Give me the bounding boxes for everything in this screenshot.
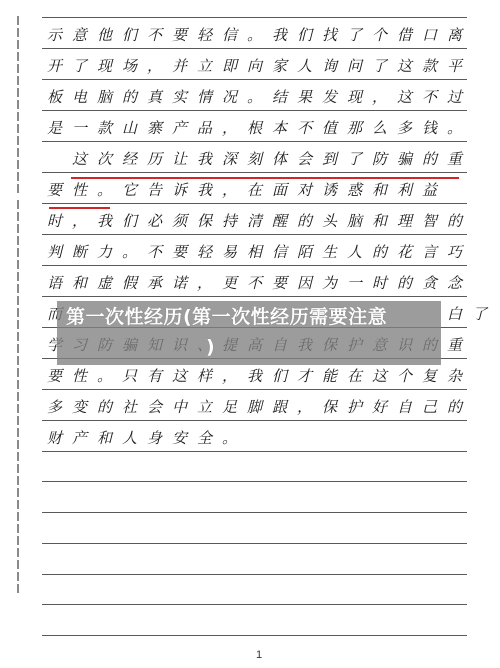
- ruled-line: [42, 172, 467, 173]
- handwritten-char: 自: [392, 395, 417, 419]
- handwritten-char: 场: [117, 54, 142, 78]
- handwritten-char: 我: [242, 364, 267, 388]
- handwritten-char: 让: [167, 147, 192, 171]
- handwritten-char: 这: [392, 85, 417, 109]
- red-underline-highlight: [71, 177, 459, 179]
- handwritten-char: 的: [442, 395, 467, 419]
- handwritten-char: 诉: [167, 178, 192, 202]
- ruled-line: [42, 512, 467, 513]
- handwritten-char: 示: [42, 23, 67, 47]
- handwritten-char: 即: [217, 54, 242, 78]
- handwritten-char: 立: [192, 395, 217, 419]
- handwritten-char: 只: [117, 364, 142, 388]
- handwritten-char: 全: [192, 426, 217, 450]
- ruled-line: [42, 420, 467, 421]
- handwritten-char: 平: [442, 54, 467, 78]
- handwritten-char: 板: [42, 85, 67, 109]
- handwritten-char: 要: [167, 23, 192, 47]
- handwritten-char: 力: [92, 240, 117, 264]
- handwritten-char: 承: [142, 271, 167, 295]
- handwritten-char: 轻: [192, 23, 217, 47]
- handwritten-char: ，: [292, 395, 317, 419]
- handwritten-char: 轻: [192, 240, 217, 264]
- handwritten-char: 我: [92, 209, 117, 233]
- handwritten-char: 个: [392, 364, 417, 388]
- handwritten-char: 杂: [442, 364, 467, 388]
- handwritten-char: 们: [267, 364, 292, 388]
- handwritten-char: 性: [67, 364, 92, 388]
- handwritten-char: 们: [117, 209, 142, 233]
- ruled-line: [42, 296, 467, 297]
- handwritten-char: 判: [42, 240, 67, 264]
- handwritten-char: 一: [342, 271, 367, 295]
- handwritten-char: 的: [292, 209, 317, 233]
- handwritten-char: 中: [167, 395, 192, 419]
- handwritten-char: 的: [117, 85, 142, 109]
- handwritten-char: 须: [167, 209, 192, 233]
- handwritten-char: 果: [292, 85, 317, 109]
- ruled-line: [42, 234, 467, 235]
- ruled-line: [42, 574, 467, 575]
- handwritten-char: 足: [217, 395, 242, 419]
- ruled-line: [42, 451, 467, 452]
- handwritten-char: 和: [367, 178, 392, 202]
- essay-line: 多变的社会中立足脚跟，保护好自己的: [42, 395, 467, 419]
- essay-line: 财产和人身安全。: [42, 426, 467, 450]
- handwritten-char: ，: [142, 54, 167, 78]
- handwritten-char: 利: [392, 178, 417, 202]
- handwritten-char: 假: [117, 271, 142, 295]
- handwritten-char: 复: [417, 364, 442, 388]
- handwritten-char: 立: [192, 54, 217, 78]
- handwritten-char: 人: [342, 240, 367, 264]
- handwritten-char: 离: [442, 23, 467, 47]
- handwritten-char: 脑: [92, 85, 117, 109]
- essay-line: 要性。它告诉我，在面对诱惑和利益: [42, 178, 467, 202]
- handwritten-char: 不: [292, 116, 317, 140]
- handwritten-char: ，: [67, 209, 92, 233]
- handwritten-char: 产: [167, 116, 192, 140]
- handwritten-char: 才: [292, 364, 317, 388]
- handwritten-char: ，: [217, 178, 242, 202]
- handwritten-char: 并: [167, 54, 192, 78]
- handwritten-char: 会: [142, 395, 167, 419]
- essay-line: 语和虚假承诺，更不要因为一时的贪念: [42, 271, 467, 295]
- handwritten-char: 虚: [92, 271, 117, 295]
- binding-margin-dashes: [17, 16, 19, 194]
- essay-line: 判断力。不要轻易相信陌生人的花言巧: [42, 240, 467, 264]
- handwritten-char: 和: [367, 209, 392, 233]
- handwritten-char: 品: [192, 116, 217, 140]
- handwritten-char: 了: [367, 54, 392, 78]
- handwritten-char: ，: [192, 271, 217, 295]
- handwritten-char: 我: [192, 178, 217, 202]
- ruled-line: [42, 635, 467, 636]
- handwritten-char: 开: [42, 54, 67, 78]
- handwritten-char: 过: [442, 85, 467, 109]
- ruled-line: [42, 110, 467, 111]
- handwritten-char: 不: [142, 23, 167, 47]
- handwritten-char: 那: [342, 116, 367, 140]
- handwritten-char: 是: [42, 116, 67, 140]
- article-title-line2: ): [66, 332, 436, 362]
- handwritten-char: 己: [417, 395, 442, 419]
- handwritten-char: 的: [92, 395, 117, 419]
- handwritten-char: 面: [267, 178, 292, 202]
- handwritten-char: 和: [67, 271, 92, 295]
- handwritten-char: 要: [42, 364, 67, 388]
- handwritten-char: 更: [217, 271, 242, 295]
- handwritten-char: 诱: [317, 178, 342, 202]
- handwritten-char: 这: [67, 147, 92, 171]
- handwritten-char: 花: [392, 240, 417, 264]
- handwritten-char: 我: [267, 23, 292, 47]
- handwritten-char: 要: [42, 178, 67, 202]
- handwritten-char: 个: [367, 23, 392, 47]
- ruled-line: [42, 265, 467, 266]
- ruled-line: [42, 48, 467, 49]
- handwritten-char: 时: [42, 209, 67, 233]
- handwritten-char: 深: [217, 147, 242, 171]
- page-number: 1: [0, 649, 500, 661]
- handwritten-char: 。: [217, 426, 242, 450]
- handwritten-char: 智: [417, 209, 442, 233]
- handwritten-char: 语: [42, 271, 67, 295]
- handwritten-char: 况: [217, 85, 242, 109]
- handwritten-char: 了: [342, 23, 367, 47]
- handwritten-char: 益: [417, 178, 442, 202]
- handwritten-char: 断: [67, 240, 92, 264]
- ruled-line: [42, 17, 467, 18]
- handwritten-char: 寨: [142, 116, 167, 140]
- handwritten-char: 本: [267, 116, 292, 140]
- handwritten-char: 身: [142, 426, 167, 450]
- handwritten-char: 借: [392, 23, 417, 47]
- handwritten-char: 现: [342, 85, 367, 109]
- handwritten-char: 性: [67, 178, 92, 202]
- handwritten-char: 钱: [417, 116, 442, 140]
- handwritten-char: 了: [67, 54, 92, 78]
- handwritten-char: 这: [392, 54, 417, 78]
- indent-space: [42, 147, 67, 171]
- handwritten-char: 的: [392, 271, 417, 295]
- handwritten-char: 现: [92, 54, 117, 78]
- handwritten-char: 陌: [292, 240, 317, 264]
- handwritten-char: 持: [217, 209, 242, 233]
- handwritten-char: 情: [192, 85, 217, 109]
- handwritten-char: 重: [442, 333, 467, 357]
- handwritten-char: 人: [292, 54, 317, 78]
- handwritten-char: 。: [242, 85, 267, 109]
- handwritten-char: 他: [92, 23, 117, 47]
- handwritten-char: 询: [317, 54, 342, 78]
- handwritten-char: 了: [467, 302, 492, 326]
- handwritten-char: 产: [67, 426, 92, 450]
- handwritten-char: 对: [292, 178, 317, 202]
- handwritten-char: 。: [92, 178, 117, 202]
- handwritten-char: 发: [317, 85, 342, 109]
- handwritten-char: 保: [317, 395, 342, 419]
- handwritten-char: 变: [67, 395, 92, 419]
- handwritten-char: 贪: [417, 271, 442, 295]
- handwritten-char: 经: [117, 147, 142, 171]
- handwritten-char: 清: [242, 209, 267, 233]
- handwritten-char: 结: [267, 85, 292, 109]
- handwritten-char: 值: [317, 116, 342, 140]
- handwritten-char: 财: [42, 426, 67, 450]
- handwritten-char: 和: [92, 426, 117, 450]
- ruled-line: [42, 481, 467, 482]
- handwritten-char: 样: [192, 364, 217, 388]
- handwritten-char: 有: [142, 364, 167, 388]
- red-underline-highlight: [49, 207, 110, 209]
- handwritten-char: 它: [117, 178, 142, 202]
- handwritten-char: 念: [442, 271, 467, 295]
- handwritten-char: 相: [242, 240, 267, 264]
- handwritten-char: 骗: [392, 147, 417, 171]
- handwritten-char: 护: [342, 395, 367, 419]
- handwritten-char: 款: [92, 116, 117, 140]
- handwritten-char: 安: [167, 426, 192, 450]
- essay-line: 板电脑的真实情况。结果发现，这不过: [42, 85, 467, 109]
- handwritten-char: 山: [117, 116, 142, 140]
- handwritten-char: 体: [267, 147, 292, 171]
- handwritten-char: 必: [142, 209, 167, 233]
- handwritten-char: 醒: [267, 209, 292, 233]
- handwritten-char: 问: [342, 54, 367, 78]
- article-title-line1: 第一次性经历(第一次性经历需要注意: [66, 306, 387, 328]
- handwritten-char: 防: [367, 147, 392, 171]
- handwritten-char: 理: [392, 209, 417, 233]
- handwritten-char: 这: [167, 364, 192, 388]
- essay-page: 示意他们不要轻信。我们找了个借口离 开了现场，并立即向家人询问了这款平 板电脑的…: [0, 0, 500, 668]
- handwritten-char: 因: [292, 271, 317, 295]
- handwritten-char: 头: [317, 209, 342, 233]
- handwritten-char: 实: [167, 85, 192, 109]
- handwritten-char: 次: [92, 147, 117, 171]
- handwritten-char: 巧: [442, 240, 467, 264]
- ruled-line: [42, 79, 467, 80]
- handwritten-char: 。: [242, 23, 267, 47]
- handwritten-char: 易: [217, 240, 242, 264]
- handwritten-char: 不: [142, 240, 167, 264]
- handwritten-char: 真: [142, 85, 167, 109]
- handwritten-char: 时: [367, 271, 392, 295]
- essay-line: 示意他们不要轻信。我们找了个借口离: [42, 23, 467, 47]
- handwritten-char: 告: [142, 178, 167, 202]
- handwritten-char: 人: [117, 426, 142, 450]
- handwritten-char: 家: [267, 54, 292, 78]
- ruled-line: [42, 203, 467, 204]
- handwritten-char: 款: [417, 54, 442, 78]
- handwritten-char: 保: [192, 209, 217, 233]
- handwritten-char: 根: [242, 116, 267, 140]
- essay-line: 时，我们必须保持清醒的头脑和理智的: [42, 209, 467, 233]
- ruled-line: [42, 389, 467, 390]
- handwritten-char: 。: [117, 240, 142, 264]
- handwritten-char: 多: [392, 116, 417, 140]
- ruled-line: [42, 604, 467, 605]
- handwritten-char: 的: [442, 209, 467, 233]
- ruled-line: [42, 141, 467, 142]
- handwritten-char: 诺: [167, 271, 192, 295]
- essay-line: 开了现场，并立即向家人询问了这款平: [42, 54, 467, 78]
- handwritten-char: 为: [317, 271, 342, 295]
- handwritten-char: 们: [292, 23, 317, 47]
- handwritten-char: 在: [342, 364, 367, 388]
- handwritten-char: 不: [417, 85, 442, 109]
- handwritten-char: 能: [317, 364, 342, 388]
- handwritten-char: 白: [442, 302, 467, 326]
- essay-line: 要性。只有这样，我们才能在这个复杂: [42, 364, 467, 388]
- handwritten-char: 重: [442, 147, 467, 171]
- handwritten-char: 言: [417, 240, 442, 264]
- handwritten-char: 多: [42, 395, 67, 419]
- handwritten-char: 口: [417, 23, 442, 47]
- ruled-line: [42, 543, 467, 544]
- article-title[interactable]: 第一次性经历(第一次性经历需要注意 ): [66, 302, 436, 362]
- handwritten-char: 生: [317, 240, 342, 264]
- handwritten-char: 跟: [267, 395, 292, 419]
- handwritten-char: 要: [267, 271, 292, 295]
- handwritten-char: 脚: [242, 395, 267, 419]
- handwritten-char: 了: [342, 147, 367, 171]
- handwritten-char: 社: [117, 395, 142, 419]
- handwritten-char: 会: [292, 147, 317, 171]
- binding-margin-dashes: [17, 200, 19, 594]
- handwritten-char: 意: [67, 23, 92, 47]
- handwritten-char: 的: [367, 240, 392, 264]
- handwritten-char: 惑: [342, 178, 367, 202]
- handwritten-char: 。: [442, 116, 467, 140]
- handwritten-char: 脑: [342, 209, 367, 233]
- handwritten-char: 好: [367, 395, 392, 419]
- handwritten-char: 这: [367, 364, 392, 388]
- handwritten-char: 。: [92, 364, 117, 388]
- handwritten-char: 在: [242, 178, 267, 202]
- handwritten-char: 我: [192, 147, 217, 171]
- handwritten-char: ，: [217, 364, 242, 388]
- handwritten-char: 不: [242, 271, 267, 295]
- handwritten-char: 么: [367, 116, 392, 140]
- handwritten-char: 历: [142, 147, 167, 171]
- handwritten-char: 的: [417, 147, 442, 171]
- essay-line: 这次经历让我深刻体会到了防骗的重: [42, 147, 467, 171]
- handwritten-char: 向: [242, 54, 267, 78]
- handwritten-char: ，: [367, 85, 392, 109]
- handwritten-char: 信: [267, 240, 292, 264]
- handwritten-char: 电: [67, 85, 92, 109]
- handwritten-char: 找: [317, 23, 342, 47]
- handwritten-char: 到: [317, 147, 342, 171]
- handwritten-char: 们: [117, 23, 142, 47]
- handwritten-char: 刻: [242, 147, 267, 171]
- essay-line: 是一款山寨产品，根本不值那么多钱。: [42, 116, 467, 140]
- handwritten-char: 一: [67, 116, 92, 140]
- handwritten-char: 要: [167, 240, 192, 264]
- handwritten-char: ，: [217, 116, 242, 140]
- handwritten-char: 信: [217, 23, 242, 47]
